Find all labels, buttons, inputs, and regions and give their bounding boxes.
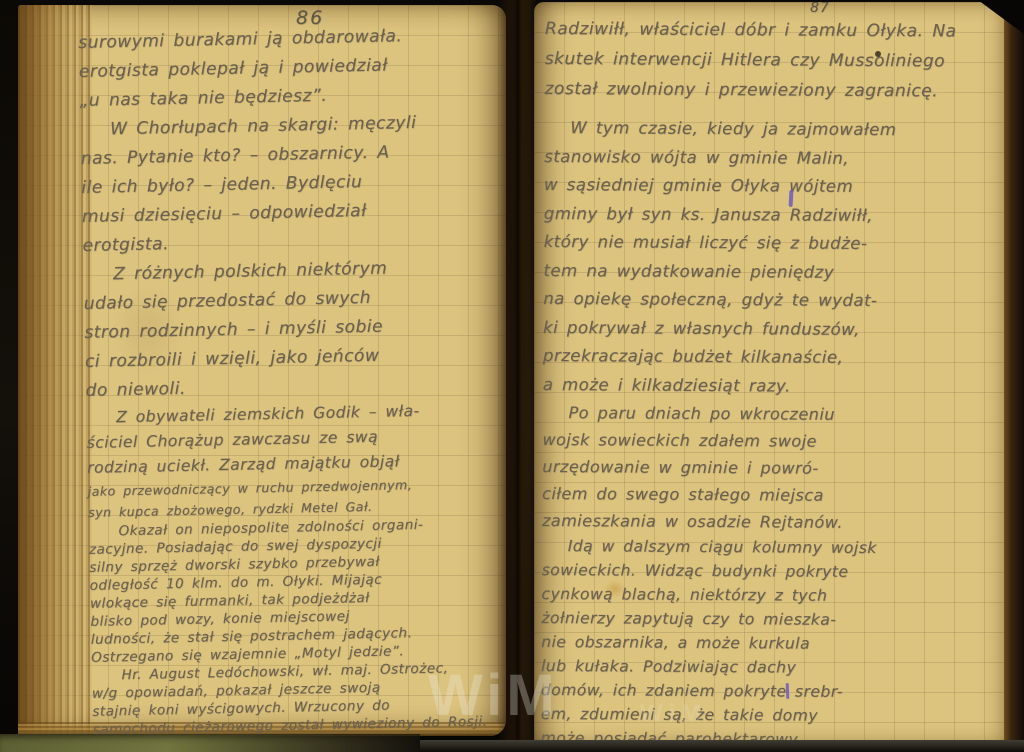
notebook-spread-scan: 86 surowymi burakami ją obdarowała.erotg… [0, 0, 1024, 752]
handwritten-line: Po paru dniach po wkroczeniu [542, 399, 1001, 429]
page-left: 86 surowymi burakami ją obdarowała.erotg… [18, 5, 506, 736]
blue-ink-mark [786, 683, 790, 699]
handwritten-line: skutek interwencji Hitlera czy Mussolini… [545, 44, 1004, 77]
handwritten-line: em, zdumieni są, że takie domy [541, 702, 1000, 729]
handwritten-line: Radziwiłł, właściciel dóbr i zamku Ołyka… [545, 14, 1004, 47]
handwritten-line: zamieszkania w osadzie Rejtanów. [542, 507, 1001, 537]
handwritten-line: żołnierzy zapytują czy to mieszka- [541, 606, 1000, 633]
handwritten-line: domów, ich zdaniem pokryte srebr- [541, 678, 1000, 705]
handwritten-line: ciłem do swego stałego miejsca [542, 480, 1001, 510]
handwritten-line: a może i kilkadziesiąt razy. [543, 370, 1002, 401]
book-cover-right-edge [1004, 0, 1024, 752]
handwritten-text-right: Radziwiłł, właściciel dóbr i zamku Ołyka… [541, 14, 1004, 748]
book-cover-bottom-left [0, 734, 420, 752]
handwritten-line: który nie musiał liczyć się z budże- [544, 228, 1003, 259]
handwritten-text-left: surowymi burakami ją obdarowała.erotgist… [78, 20, 506, 736]
book-cover-bottom-right [420, 740, 1024, 752]
handwritten-line: W tym czasie, kiedy ja zajmowałem [544, 114, 1003, 145]
handwritten-line: tem na wydatkowanie pieniędzy [543, 256, 1002, 287]
handwritten-line: wojsk sowieckich zdałem swoje [542, 426, 1001, 456]
handwritten-line: nie obszarnika, a może kurkula [541, 630, 1000, 657]
handwriting-layer-right: 87 Radziwiłł, właściciel dóbr i zamku Oł… [534, 2, 1006, 748]
handwritten-line: został zwolniony i przewieziony zagranic… [544, 74, 1003, 107]
page-right: 87 Radziwiłł, właściciel dóbr i zamku Oł… [534, 2, 1006, 748]
handwriting-layer-left: 86 surowymi burakami ją obdarowała.erotg… [18, 5, 506, 736]
page-number: 87 [810, 2, 830, 16]
handwritten-line: gminy był syn ks. Janusza Radziwiłł, [544, 199, 1003, 230]
handwritten-line: przekraczając budżet kilkanaście, [543, 342, 1002, 373]
handwritten-line: stanowisko wójta w gminie Malin, [544, 142, 1003, 173]
handwritten-line: ki pokrywał z własnych funduszów, [543, 313, 1002, 344]
handwritten-line: sowieckich. Widząc budynki pokryte [542, 558, 1001, 585]
ink-dot [875, 51, 881, 57]
handwritten-line: na opiekę społeczną, gdyż te wydat- [543, 285, 1002, 316]
handwritten-line: lub kułaka. Podziwiając dachy [541, 654, 1000, 681]
handwritten-line: w sąsiedniej gminie Ołyka wójtem [544, 171, 1003, 202]
handwritten-line: Idą w dalszym ciągu kolumny wojsk [542, 534, 1001, 561]
handwritten-line: cynkową blachą, niektórzy z tych [541, 582, 1000, 609]
handwritten-line: urzędowanie w gminie i powró- [542, 453, 1001, 483]
